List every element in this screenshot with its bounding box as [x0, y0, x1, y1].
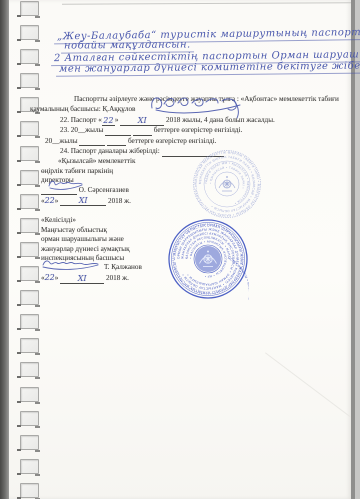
- park-date-year: 2018 ж.: [108, 197, 131, 205]
- inspection-round-stamp: • МАҢҒЫСТАУ ОБЛЫСТЫҚ ОРМАН ШАРУАШЫЛЫҒЫ Ж…: [167, 218, 249, 300]
- binding-hole: [20, 435, 39, 450]
- scanner-edge-shadow: [0, 0, 9, 499]
- binding-hole: [20, 290, 39, 305]
- binding-hole: [20, 387, 39, 402]
- binding-hole: [20, 338, 39, 353]
- handwritten-month: XI: [79, 196, 88, 205]
- signature-sarsengaziev: [46, 177, 86, 192]
- signature-kalzhanov: [40, 257, 102, 272]
- binding-hole: [20, 49, 39, 64]
- binding-hole: [20, 73, 39, 88]
- item23b-prefix: 20__жылы: [45, 137, 78, 145]
- handwritten-day: 22: [103, 116, 113, 125]
- binding-hole: [20, 266, 39, 281]
- handwritten-day: 22: [45, 196, 55, 205]
- comb-binding-holes: [20, 1, 39, 498]
- item23-suffix: беттерге өзгерістер енгізілді.: [154, 126, 243, 134]
- binding-hole: [20, 1, 39, 16]
- binding-hole: [20, 459, 39, 474]
- binding-hole: [20, 314, 39, 329]
- binding-hole: [20, 25, 39, 40]
- handwritten-day: 22: [45, 273, 55, 282]
- item22-prefix: 22. Паспорт «: [60, 116, 102, 124]
- coat-of-arms-emblem: [219, 176, 235, 191]
- item24-text: 24. Паспорт даналары жіберілді:: [60, 147, 160, 155]
- agreed-date-year: 2018 ж.: [106, 274, 129, 282]
- handwritten-month: XI: [78, 274, 87, 283]
- binding-hole: [20, 170, 39, 185]
- binding-hole: [20, 411, 39, 426]
- binding-hole: [20, 146, 39, 161]
- agreed-title: «Келісілді»: [41, 216, 76, 226]
- agreed-date-line: «22» XI 2018 ж.: [41, 273, 129, 284]
- agreed-line2: орман шаруашылығы және: [41, 235, 124, 245]
- agreed-line3: жануарлар дүниесі аумақтық: [41, 245, 130, 255]
- park-director-name: О. Сәрсенғазиев: [79, 186, 129, 194]
- binding-hole: [20, 483, 39, 498]
- park-round-stamp: ҚЫЗЫЛСАЙ МЕМЛЕКЕТТІК ӨҢІРЛІК ТАБИҒИ ПАРК…: [192, 149, 262, 219]
- binding-hole: [20, 194, 39, 209]
- binding-hole: [20, 242, 39, 257]
- changes-line-23: 23. 20__жылы беттерге өзгерістер енгізіл…: [60, 126, 242, 136]
- changes-line-23b: 20__жылы беттерге өзгерістер енгізілді.: [45, 137, 216, 147]
- scan-right-margin: [355, 0, 360, 499]
- item22-close: »: [115, 116, 119, 124]
- signature-akkulov: [146, 92, 246, 120]
- item23b-suffix: беттерге өзгерістер енгізілді.: [128, 137, 217, 145]
- scanned-document-page: „Жеу-Балаубаба“ туристік маршрутының пас…: [0, 0, 360, 499]
- binding-hole: [20, 218, 39, 233]
- responsible-person-name: қаумалының басшысы: Қ.Аққұлов: [30, 105, 135, 115]
- binding-hole: [20, 121, 39, 136]
- agreed-line1: Маңғыстау облыстық: [41, 226, 107, 236]
- park-name-line: «Қызылсай» мемлекеттік: [58, 157, 136, 167]
- item23-prefix: 23. 20__жылы: [60, 126, 103, 134]
- park-line2: өңірлік табиғи паркінің: [41, 167, 113, 177]
- park-date-line: «22» XI 2018 ж.: [41, 196, 131, 207]
- inspector-name: Т. Қалжанов: [104, 263, 142, 273]
- binding-hole: [20, 362, 39, 377]
